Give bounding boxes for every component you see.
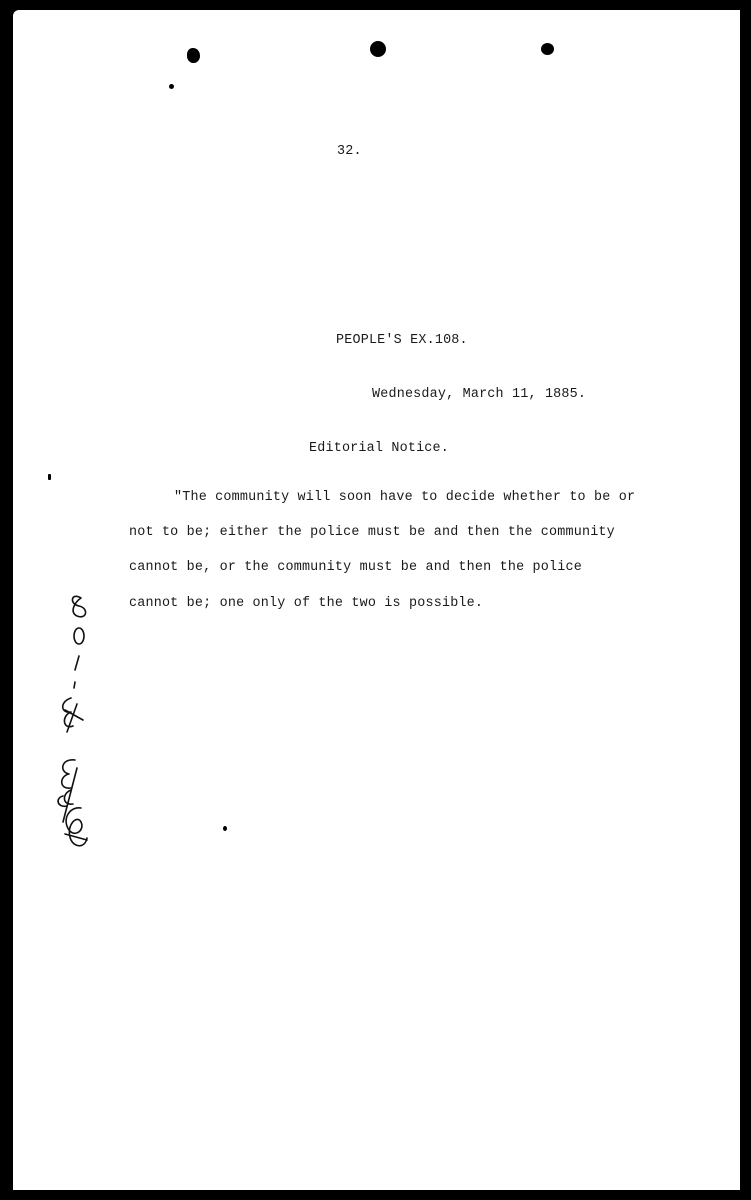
notice-title: Editorial Notice.: [309, 441, 449, 456]
page-number: 32.: [337, 144, 362, 159]
exhibit-title: PEOPLE'S EX.108.: [336, 333, 468, 348]
punch-hole-center: [370, 41, 386, 57]
body-line: not to be; either the police must be and…: [129, 525, 615, 540]
body-line: cannot be; one only of the two is possib…: [129, 596, 483, 611]
ink-speck: [169, 84, 174, 89]
handwriting-icon: [41, 590, 111, 860]
ink-speck: [48, 474, 51, 480]
ink-speck: [223, 826, 227, 831]
date-line: Wednesday, March 11, 1885.: [372, 387, 586, 402]
punch-hole-right: [541, 43, 554, 55]
body-line: cannot be, or the community must be and …: [129, 560, 582, 575]
punch-hole-left: [187, 48, 200, 63]
document-page: 32. PEOPLE'S EX.108. Wednesday, March 11…: [13, 10, 740, 1190]
body-line: "The community will soon have to decide …: [174, 490, 635, 505]
handwritten-margin-note: [41, 590, 111, 860]
